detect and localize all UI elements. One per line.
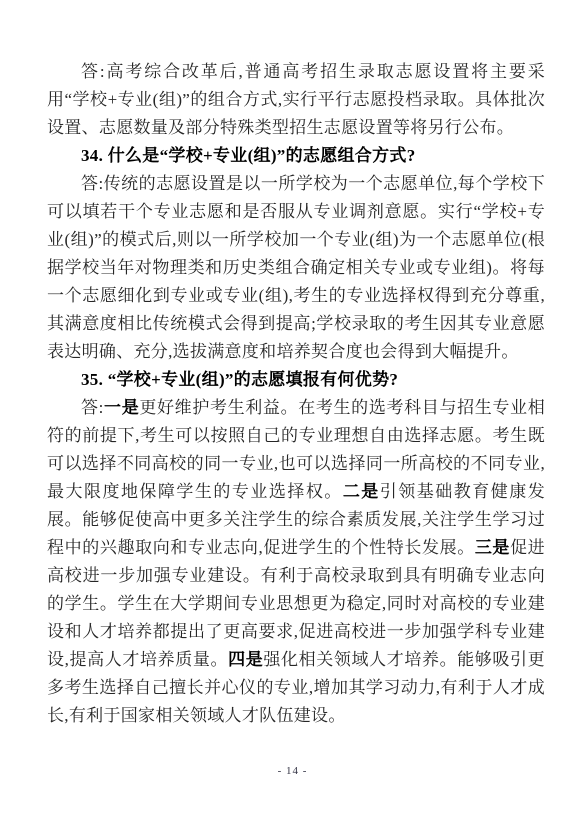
question-heading: 34. 什么是“学校+专业(组)”的志愿组合方式? bbox=[47, 142, 545, 170]
document-content: 答:高考综合改革后,普通高考招生录取志愿设置将主要采用“学校+专业(组)”的组合… bbox=[47, 58, 545, 730]
answer-paragraph: 答:传统的志愿设置是以一所学校为一个志愿单位,每个学校下可以填若干个专业志愿和是… bbox=[47, 170, 545, 366]
text-run: 答:传统的志愿设置是以一所学校为一个志愿单位,每个学校下可以填若干个专业志愿和是… bbox=[47, 174, 545, 361]
text-run: 答:高考综合改革后,普通高考招生录取志愿设置将主要采用“学校+专业(组)”的组合… bbox=[47, 62, 545, 137]
answer-paragraph: 答:高考综合改革后,普通高考招生录取志愿设置将主要采用“学校+专业(组)”的组合… bbox=[47, 58, 545, 142]
answer-paragraph: 答:一是更好维护考生利益。在考生的选考科目与招生专业相符的前提下,考生可以按照自… bbox=[47, 394, 545, 730]
bold-text-run: 35. “学校+专业(组)”的志愿填报有何优势? bbox=[81, 370, 398, 389]
question-heading: 35. “学校+专业(组)”的志愿填报有何优势? bbox=[47, 366, 545, 394]
bold-text-run: 四是 bbox=[228, 650, 263, 669]
page-number: - 14 - bbox=[0, 764, 585, 778]
bold-text-run: 二是 bbox=[343, 482, 380, 501]
text-run: 答: bbox=[81, 398, 104, 417]
bold-text-run: 三是 bbox=[475, 538, 510, 557]
document-page: 答:高考综合改革后,普通高考招生录取志愿设置将主要采用“学校+专业(组)”的组合… bbox=[0, 0, 585, 823]
bold-text-run: 一是 bbox=[104, 398, 140, 417]
bold-text-run: 34. 什么是“学校+专业(组)”的志愿组合方式? bbox=[81, 146, 416, 165]
